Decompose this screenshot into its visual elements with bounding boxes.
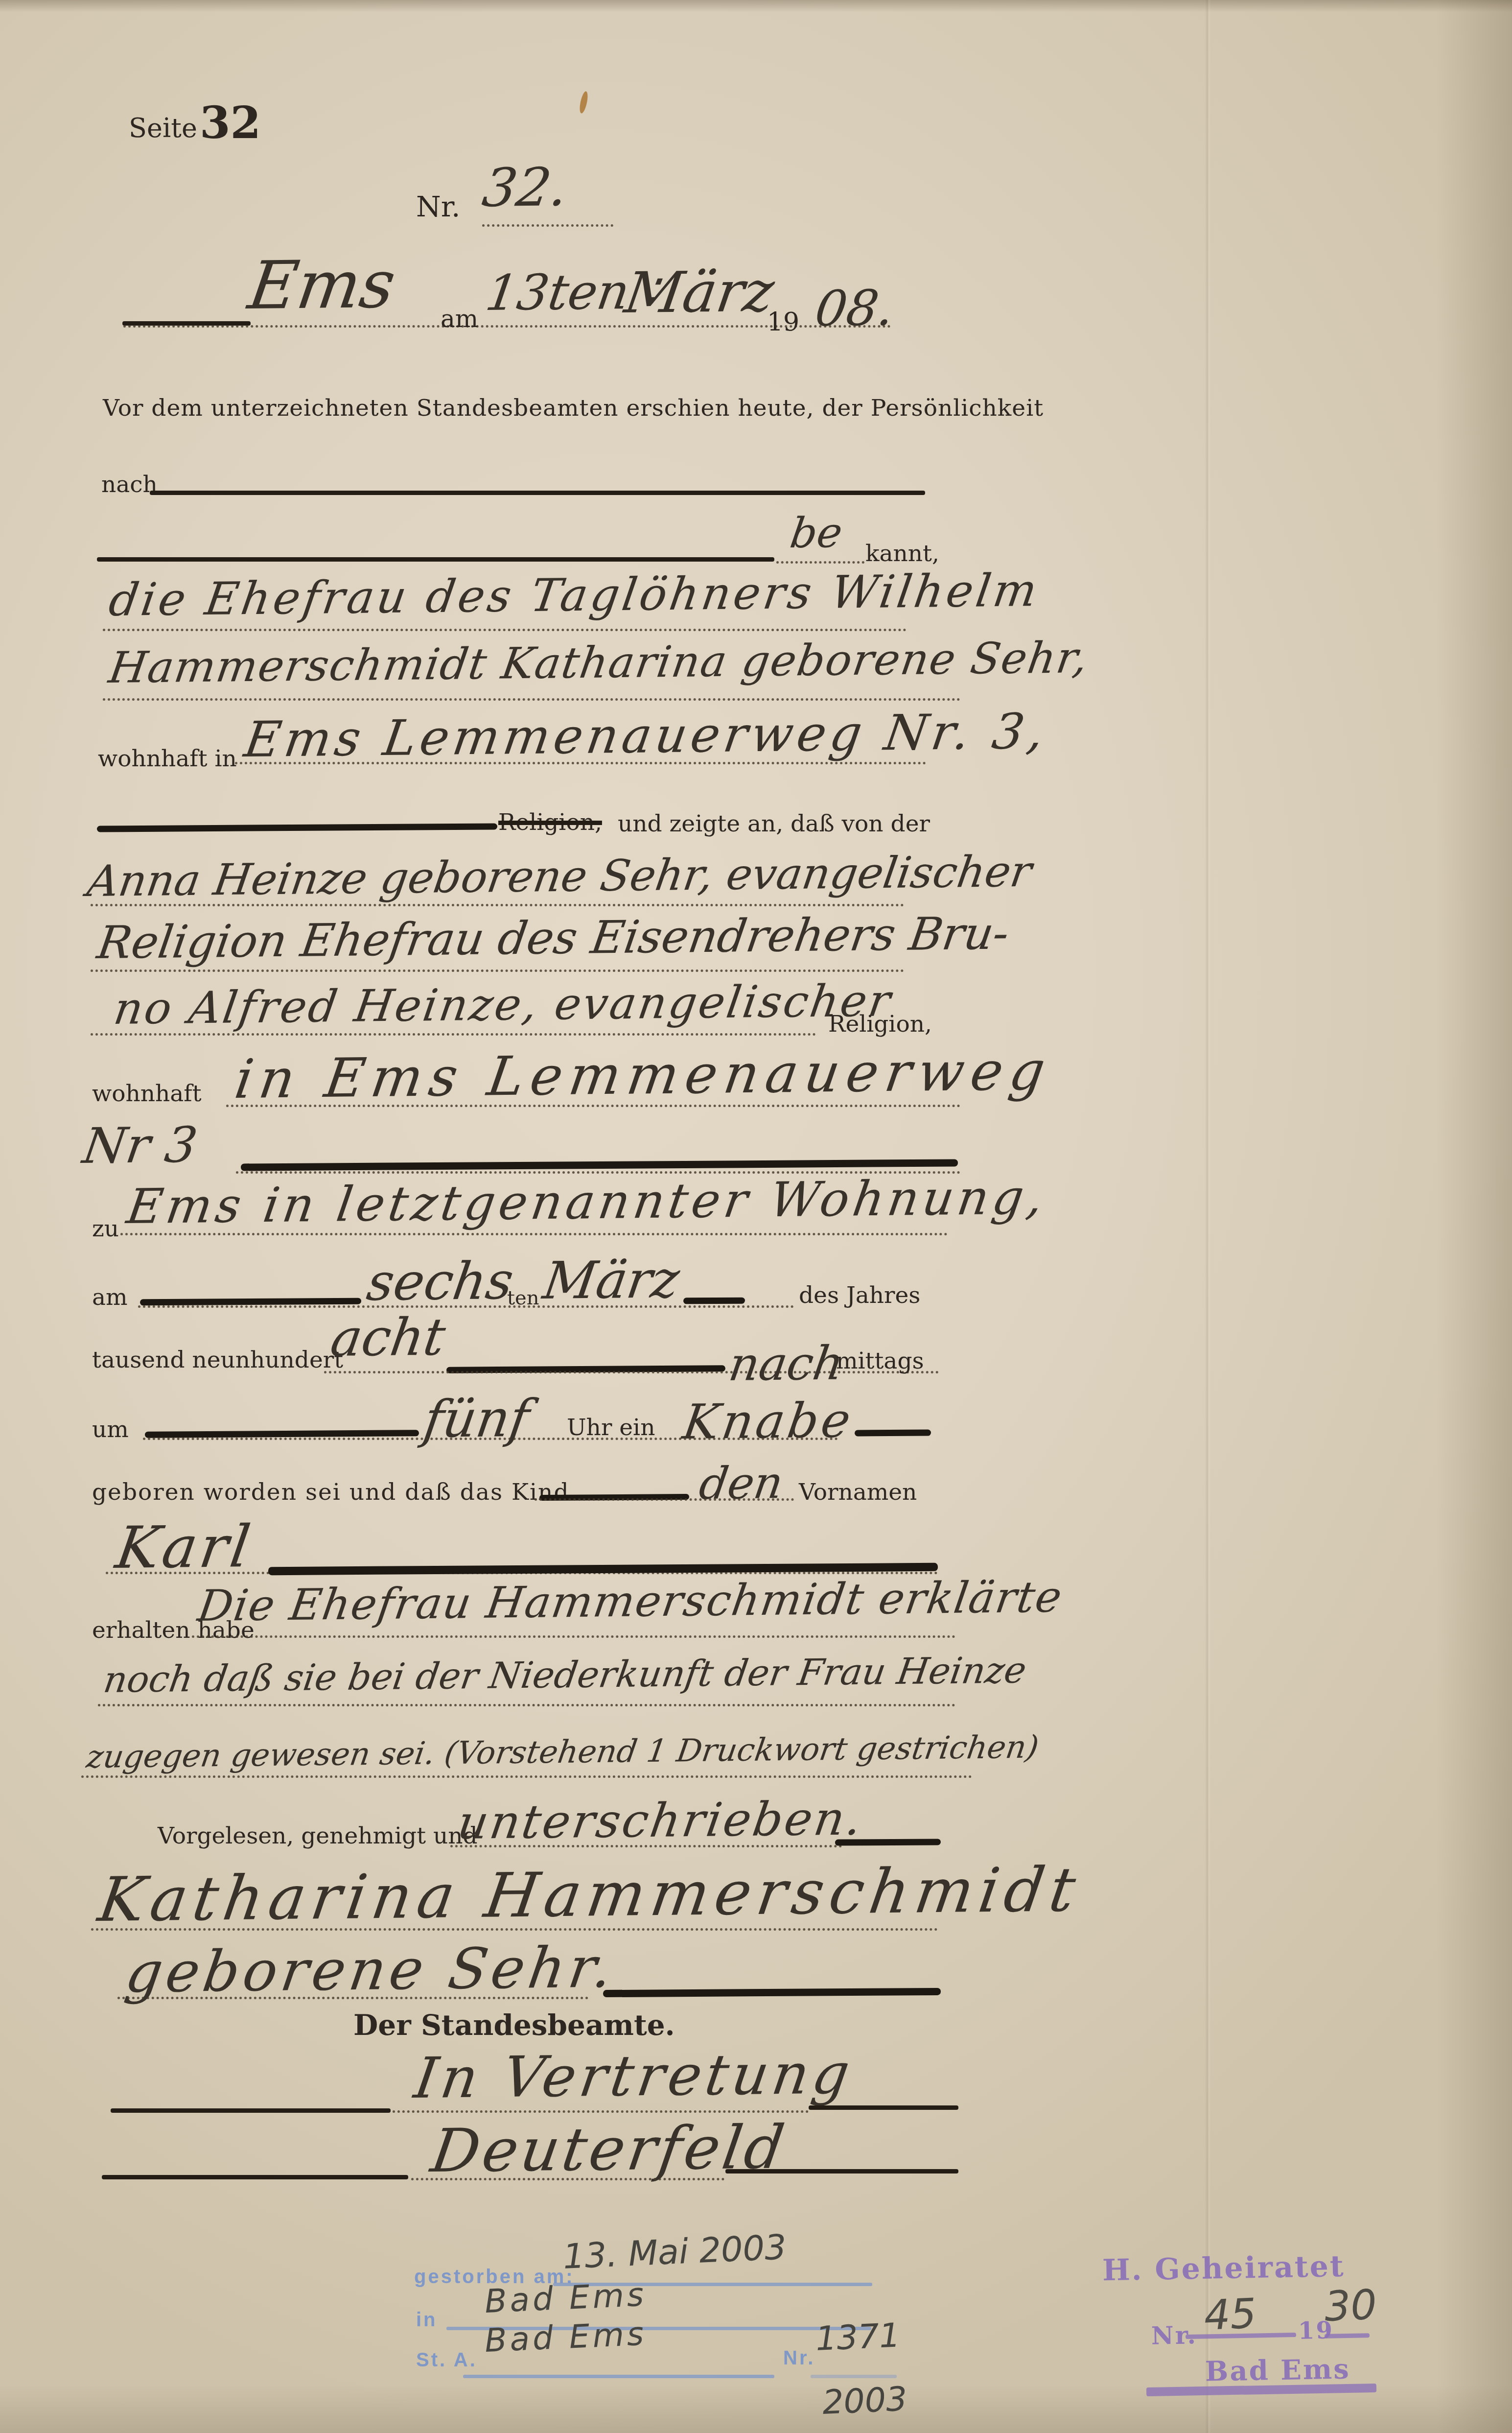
tausend-label: tausend neunhundert xyxy=(92,1346,343,1373)
sex-stroke xyxy=(855,1430,931,1437)
date-place-handwritten: Ems xyxy=(244,246,400,324)
declaration-dots-1 xyxy=(192,1635,955,1638)
date-am-label: am xyxy=(441,305,478,333)
sta-line xyxy=(463,2375,774,2378)
um-label: um xyxy=(92,1416,129,1443)
birth-daytime: nach xyxy=(725,1337,847,1392)
mother-dots-1 xyxy=(91,904,904,906)
declarant-line1: die Ehefrau des Taglöhners Wilhelm xyxy=(106,564,1043,626)
hour-dots xyxy=(143,1438,838,1440)
blank-rule-2 xyxy=(97,557,774,562)
birth-hour: fünf xyxy=(420,1389,533,1449)
blank-rule-1 xyxy=(150,491,925,495)
mother-address: in Ems Lemmenauerweg xyxy=(231,1039,1056,1110)
birth-am-label: am xyxy=(92,1284,128,1311)
birth-month: März xyxy=(539,1250,683,1311)
vertretung-rule-right xyxy=(809,2105,958,2110)
geheiratet-title: H. Geheiratet xyxy=(1102,2249,1345,2288)
birth-day-stroke xyxy=(140,1298,361,1306)
marriage-year-handwritten: 30 xyxy=(1324,2280,1378,2331)
mother-blank-stroke xyxy=(241,1159,958,1171)
signature-declarant-2: geborene Sehr. xyxy=(121,1935,620,2006)
signature-rule-dots xyxy=(411,2178,724,2180)
marriage-place: Bad Ems xyxy=(1205,2353,1350,2387)
vorgelesen-label: Vorgelesen, genehmigt und xyxy=(158,1822,478,1849)
intro-line: Vor dem unterzeichneten Standesbeamten e… xyxy=(103,395,1044,422)
zeigte-an-label: und zeigte an, daß von der xyxy=(618,810,930,837)
paper-crease xyxy=(1205,0,1211,2433)
mother-line2: Religion Ehefrau des Eisendrehers Bru- xyxy=(94,907,1012,969)
mittags-label: mittags xyxy=(836,1347,924,1374)
unterschrieben-stroke xyxy=(835,1839,941,1845)
birth-place: Ems in letztgenannter Wohnung, xyxy=(123,1169,1050,1235)
nach-label: nach xyxy=(101,471,158,498)
declaration-line1: Die Ehefrau Hammerschmidt erklärte xyxy=(195,1572,1066,1631)
birth-year: acht xyxy=(327,1307,449,1368)
page-side-label: Seite xyxy=(129,113,197,143)
mother-dots-3 xyxy=(91,1033,816,1036)
mother-address-nr: Nr 3 xyxy=(79,1116,201,1175)
marriage-year-line xyxy=(1325,2333,1370,2339)
record-nr-value: 32. xyxy=(479,157,572,219)
wohnhaft-label-2: wohnhaft xyxy=(92,1080,202,1107)
marriage-nr-line xyxy=(1186,2333,1296,2339)
mother-dots-2 xyxy=(91,969,904,972)
declaration-dots-3 xyxy=(81,1775,972,1778)
vertretung-rule-left xyxy=(111,2108,391,2113)
official-signature: Deuterfeld xyxy=(427,2112,791,2186)
declaration-line2: noch daß sie bei der Niederkunft der Fra… xyxy=(101,1649,1029,1701)
declarant-address-dots xyxy=(235,762,926,764)
death-in-label: in xyxy=(416,2309,438,2331)
marriage-place-underline xyxy=(1146,2384,1376,2396)
birth-place-dots xyxy=(120,1233,948,1235)
date-century-printed: 19 xyxy=(767,307,799,337)
hour-stroke xyxy=(145,1430,419,1438)
birth-day: sechs xyxy=(363,1251,517,1312)
declaration-dots-2 xyxy=(98,1704,955,1706)
birth-day-dots xyxy=(138,1305,794,1308)
declarant-dots-2 xyxy=(103,698,960,701)
vornamen-dots xyxy=(535,1498,794,1501)
be-dots xyxy=(776,561,864,564)
signature-dots-1 xyxy=(91,1928,938,1931)
vertretung-handwritten: In Vertretung xyxy=(410,2041,858,2111)
birth-register-page: Seite 32 Nr. 32. Ems am 13ten ∶ März 19 … xyxy=(0,0,1512,2433)
vornamen-label: Vornamen xyxy=(799,1479,917,1506)
register-year-handwritten: 2003 xyxy=(822,2380,908,2422)
declarant-dots-1 xyxy=(103,629,907,631)
birth-month-stroke xyxy=(683,1298,745,1304)
signature-rule-right xyxy=(725,2169,958,2173)
death-nr-label: Nr. xyxy=(783,2347,815,2369)
page-number: 32 xyxy=(200,97,261,149)
religion-label-2: Religion, xyxy=(828,1011,932,1038)
religion-struck-label: Religion, xyxy=(498,809,602,836)
declarant-address: Ems Lemmenauerweg Nr. 3, xyxy=(241,703,1052,768)
signature-rule-left xyxy=(102,2175,408,2179)
date-year-handwritten: 08. xyxy=(812,279,898,337)
mother-line1: Anna Heinze geborene Sehr, evangelischer xyxy=(84,846,1035,906)
signature-dots-2 xyxy=(117,1997,588,1999)
child-sex: Knabe xyxy=(679,1393,857,1450)
child-first-name: Karl xyxy=(112,1512,257,1582)
death-place-handwritten: Bad Ems xyxy=(484,2276,648,2320)
zu-label: zu xyxy=(92,1215,119,1242)
be-handwritten: be xyxy=(787,509,846,558)
paper-fleck xyxy=(578,91,589,114)
signature-stroke xyxy=(603,1988,941,1997)
date-month-handwritten: März xyxy=(621,259,778,326)
mother-address-dots xyxy=(226,1105,960,1107)
signature-declarant-1: Katharina Hammerschmidt xyxy=(94,1854,1086,1936)
kannt-label: kannt, xyxy=(865,540,939,567)
unterschrieben-handwritten: unterschrieben. xyxy=(454,1792,867,1850)
record-nr-label: Nr. xyxy=(416,190,461,223)
uhr-ein-label: Uhr ein xyxy=(567,1414,655,1441)
wohnhaft-in-label: wohnhaft in xyxy=(98,745,237,772)
vornamen-article: den xyxy=(696,1457,787,1510)
declaration-line3: zugegen gewesen sei. (Vorstehend 1 Druck… xyxy=(84,1729,1041,1775)
sta-label: St. A. xyxy=(416,2349,477,2371)
register-number-handwritten: 1371 xyxy=(815,2316,901,2359)
vertretung-dots xyxy=(393,2110,809,2113)
death-date-handwritten: 13. Mai 2003 xyxy=(562,2227,787,2277)
geboren-label: geboren worden sei und daß das Kind xyxy=(92,1479,569,1506)
declarant-line2: Hammerschmidt Katharina geborene Sehr, xyxy=(106,632,1092,693)
religion-blank-stroke xyxy=(97,824,497,832)
des-jahres-label: des Jahres xyxy=(799,1282,921,1309)
marriage-number-handwritten: 45 xyxy=(1203,2289,1257,2339)
sta-place-handwritten: Bad Ems xyxy=(484,2315,648,2360)
register-number-line xyxy=(811,2375,897,2378)
unterschrieben-dots xyxy=(450,1845,842,1847)
record-nr-underline xyxy=(482,224,613,227)
mother-line3: no Alfred Heinze, evangelischer xyxy=(111,975,896,1035)
standesbeamte-label: Der Standesbeamte. xyxy=(353,2008,675,2042)
